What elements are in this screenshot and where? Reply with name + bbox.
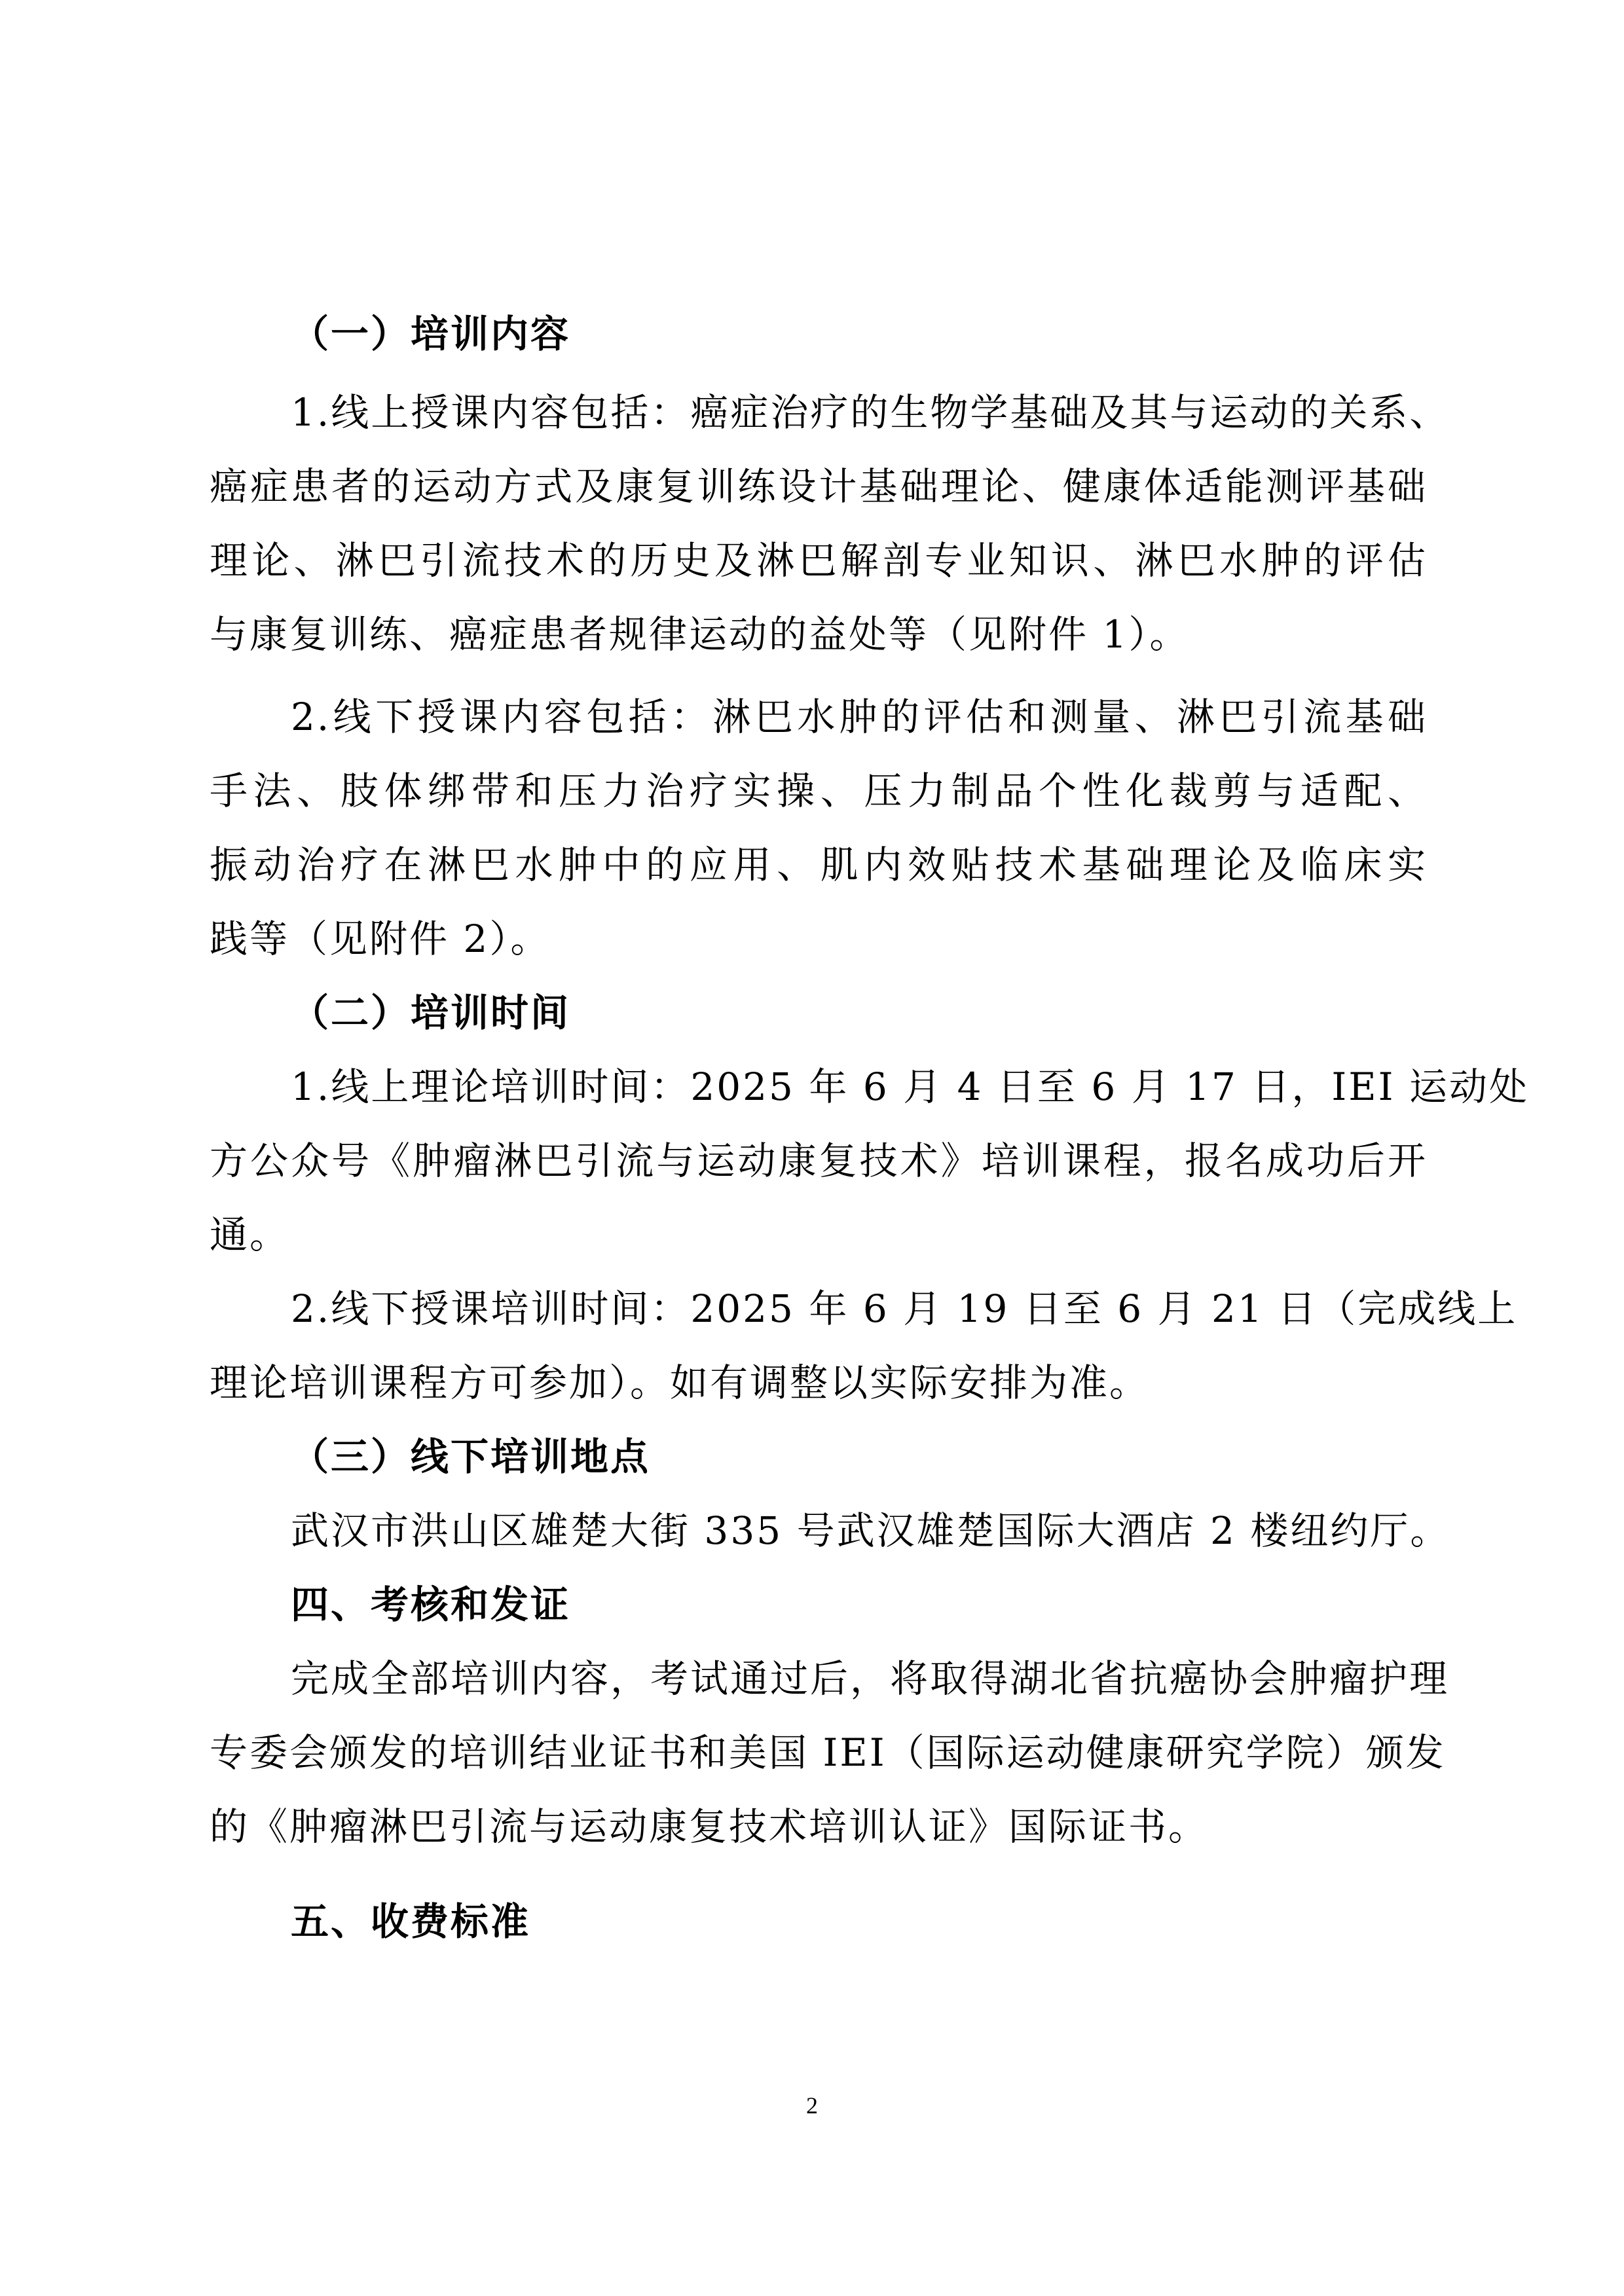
section-heading-training-content: （一）培训内容: [291, 308, 1509, 360]
paragraph-line: 专委会颁发的培训结业证书和美国 IEI（国际运动健康研究学院）颁发: [210, 1726, 1428, 1779]
paragraph-line: 与康复训练、癌症患者规律运动的益处等（见附件 1）。: [210, 608, 1428, 661]
document-page: （一）培训内容 1.线上授课内容包括：癌症治疗的生物学基础及其与运动的关系、 癌…: [0, 0, 1624, 2296]
page-number: 2: [0, 2092, 1624, 2119]
paragraph-line: 癌症患者的运动方式及康复训练设计基础理论、健康体适能测评基础: [210, 460, 1428, 513]
paragraph-line: 2.线下授课培训时间：2025 年 6 月 19 日至 6 月 21 日（完成线…: [291, 1283, 1428, 1335]
paragraph-line: 通。: [210, 1209, 1428, 1261]
paragraph-line: 手法、肢体绑带和压力治疗实操、压力制品个性化裁剪与适配、: [210, 765, 1428, 817]
paragraph-line: 理论、淋巴引流技术的历史及淋巴解剖专业知识、淋巴水肿的评估: [210, 534, 1428, 587]
section-heading-training-time: （二）培训时间: [291, 987, 1509, 1039]
section-heading-assessment-certification: 四、考核和发证: [291, 1578, 1509, 1631]
paragraph-line: 理论培训课程方可参加）。如有调整以实际安排为准。: [210, 1357, 1428, 1409]
paragraph-line: 方公众号《肿瘤淋巴引流与运动康复技术》培训课程，报名成功后开: [210, 1135, 1428, 1187]
paragraph-line: 振动治疗在淋巴水肿中的应用、肌内效贴技术基础理论及临床实: [210, 839, 1428, 891]
paragraph-line: 武汉市洪山区雄楚大街 335 号武汉雄楚国际大酒店 2 楼纽约厅。: [291, 1504, 1509, 1557]
paragraph-line: 践等（见附件 2）。: [210, 913, 1428, 965]
paragraph-line: 1.线上授课内容包括：癌症治疗的生物学基础及其与运动的关系、: [291, 386, 1428, 439]
paragraph-line: 1.线上理论培训时间：2025 年 6 月 4 日至 6 月 17 日，IEI …: [291, 1061, 1428, 1113]
section-heading-training-location: （三）线下培训地点: [291, 1430, 1509, 1483]
paragraph-line: 的《肿瘤淋巴引流与运动康复技术培训认证》国际证书。: [210, 1800, 1428, 1853]
paragraph-line: 完成全部培训内容，考试通过后，将取得湖北省抗癌协会肿瘤护理: [291, 1652, 1428, 1705]
section-heading-fee-standard: 五、收费标准: [291, 1895, 1509, 1948]
paragraph-line: 2.线下授课内容包括：淋巴水肿的评估和测量、淋巴引流基础: [291, 691, 1428, 743]
